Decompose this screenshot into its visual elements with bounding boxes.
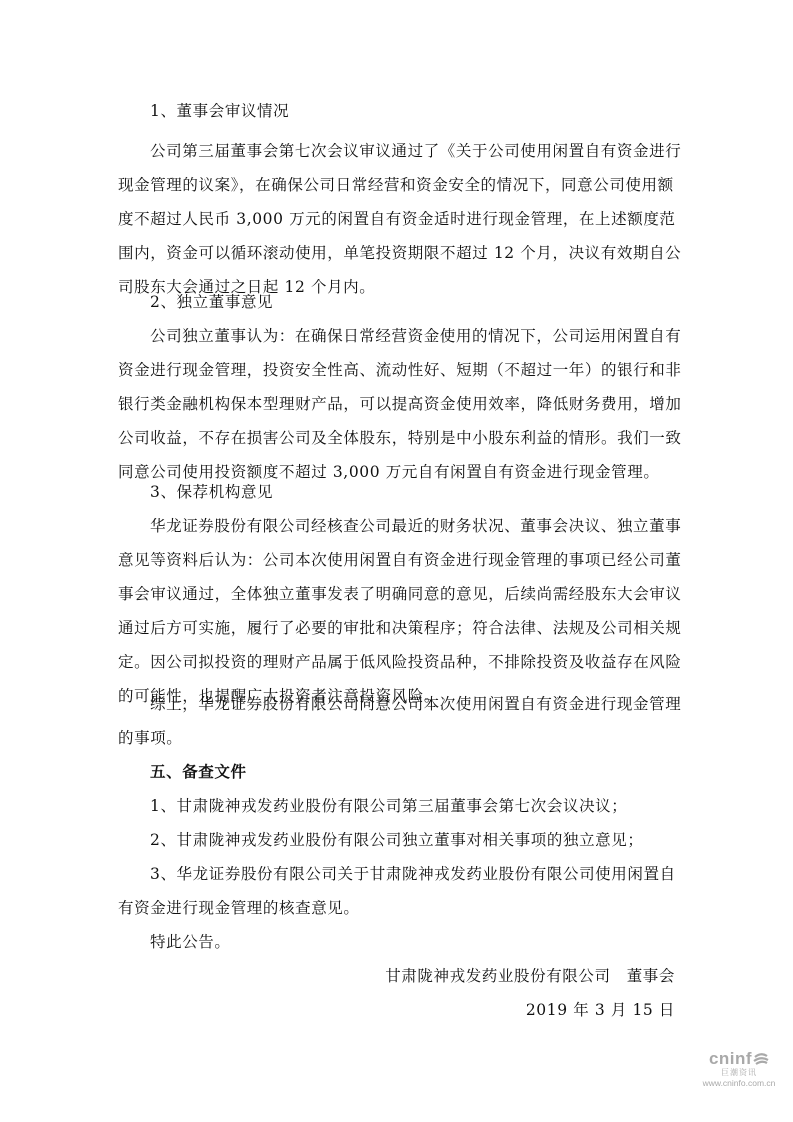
paragraph-line: 定。因公司拟投资的理财产品属于低风险投资品种，不排除投资及收益存在风险 <box>118 652 676 672</box>
paragraph-line: 公司独立董事认为：在确保日常经营资金使用的情况下，公司运用闲置自有 <box>150 326 708 346</box>
paragraph-line: 资金进行现金管理，投资安全性高、流动性好、短期（不超过一年）的银行和非 <box>118 360 676 380</box>
paragraph-line: 度不超过人民币 3,000 万元的闲置自有资金适时进行现金管理，在上述额度范 <box>118 209 676 229</box>
document-page: 1、董事会审议情况 公司第三届董事会第七次会议审议通过了《关于公司使用闲置自有资… <box>0 0 793 1122</box>
signature-date: 2019 年 3 月 15 日 <box>526 1000 675 1020</box>
reference-item: 1、甘肃陇神戎发药业股份有限公司第三届董事会第七次会议决议； <box>150 796 708 816</box>
section-heading: 2、独立董事意见 <box>150 292 708 312</box>
cninfo-logo-icon <box>753 1053 769 1065</box>
paragraph-line: 综上，华龙证券股份有限公司同意公司本次使用闲置自有资金进行现金管理 <box>150 694 708 714</box>
section-heading: 3、保荐机构意见 <box>150 482 708 502</box>
paragraph-line: 的事项。 <box>118 728 676 748</box>
section-heading-bold: 五、备查文件 <box>150 762 708 782</box>
watermark-logo-text: cninf <box>709 1049 752 1068</box>
paragraph-line: 银行类金融机构保本型理财产品，可以提高资金使用效率，降低财务费用，增加 <box>118 394 676 414</box>
paragraph-line: 意见等资料后认为：公司本次使用闲置自有资金进行现金管理的事项已经公司董 <box>118 550 676 570</box>
section-heading: 1、董事会审议情况 <box>150 101 708 121</box>
watermark-logo: cninf <box>697 1050 781 1068</box>
cninfo-watermark: cninf 巨潮资讯 www.cninfo.com.cn <box>697 1050 781 1100</box>
reference-item: 3、华龙证券股份有限公司关于甘肃陇神戎发药业股份有限公司使用闲置自 <box>150 864 708 884</box>
closing-text: 特此公告。 <box>150 932 708 952</box>
paragraph-line: 公司收益，不存在损害公司及全体股东，特别是中小股东利益的情形。我们一致 <box>118 428 676 448</box>
paragraph-line: 围内，资金可以循环滚动使用，单笔投资期限不超过 12 个月，决议有效期自公 <box>118 243 676 263</box>
reference-item: 2、甘肃陇神戎发药业股份有限公司独立董事对相关事项的独立意见； <box>150 830 708 850</box>
paragraph-line: 华龙证券股份有限公司经核查公司最近的财务状况、董事会决议、独立董事 <box>150 516 708 536</box>
paragraph-line: 现金管理的议案》，在确保公司日常经营和资金安全的情况下，同意公司使用额 <box>118 175 676 195</box>
reference-item-continuation: 有资金进行现金管理的核查意见。 <box>118 898 676 918</box>
paragraph-line: 同意公司使用投资额度不超过 3,000 万元自有闲置自有资金进行现金管理。 <box>118 462 676 482</box>
paragraph-line: 事会审议通过，全体独立董事发表了明确同意的意见，后续尚需经股东大会审议 <box>118 584 676 604</box>
signature-company: 甘肃陇神戎发药业股份有限公司 董事会 <box>385 966 675 986</box>
paragraph-line: 通过后方可实施，履行了必要的审批和决策程序；符合法律、法规及公司相关规 <box>118 618 676 638</box>
watermark-subtext: 巨潮资讯 <box>697 1068 781 1078</box>
watermark-url: www.cninfo.com.cn <box>697 1078 781 1089</box>
paragraph-line: 公司第三届董事会第七次会议审议通过了《关于公司使用闲置自有资金进行 <box>150 141 708 161</box>
